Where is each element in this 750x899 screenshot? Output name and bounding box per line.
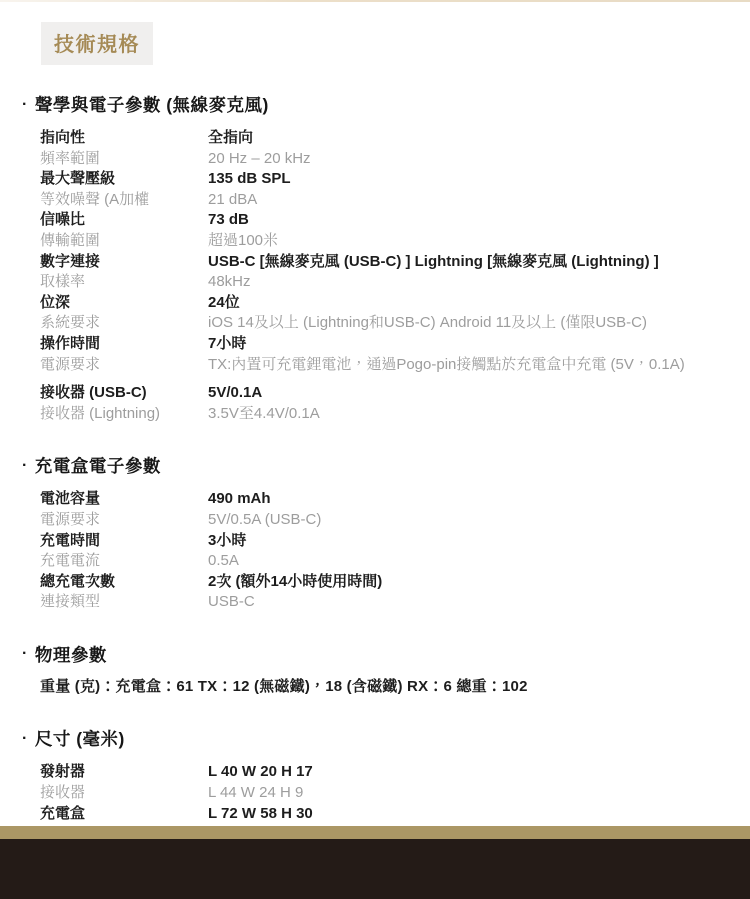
spec-label: 充電盒 (40, 804, 208, 825)
spec-content: 技術規格 ·聲學與電子參數 (無線麥克風)指向性全指向頻率範圍20 Hz – 2… (0, 2, 750, 824)
section: ·尺寸 (毫米)發射器L 40 W 20 H 17接收器L 44 W 24 H … (22, 726, 722, 824)
spec-row: 連接類型USB-C (40, 592, 722, 613)
section-heading: ·物理參數 (22, 642, 722, 667)
spec-row: 電池容量490 mAh (40, 489, 722, 510)
page-title: 技術規格 (41, 22, 153, 65)
spec-row: 位深24位 (40, 293, 722, 314)
spec-table: 指向性全指向頻率範圍20 Hz – 20 kHz最大聲壓級135 dB SPL等… (40, 128, 722, 375)
spec-table: 接收器 (USB-C)5V/0.1A接收器 (Lightning)3.5V至4.… (40, 383, 722, 424)
spec-value: 24位 (208, 293, 722, 314)
spec-row: 電源要求TX:內置可充電鋰電池，通過Pogo-pin接觸點於充電盒中充電 (5V… (40, 355, 722, 376)
spec-row: 充電電流0.5A (40, 551, 722, 572)
bullet-icon: · (22, 646, 28, 662)
spec-value: 135 dB SPL (208, 169, 722, 190)
spec-label: 信噪比 (40, 210, 208, 231)
spec-label: 數字連接 (40, 252, 208, 273)
spec-label: 充電時間 (40, 531, 208, 552)
spec-row: 傳輸範圍超過100米 (40, 231, 722, 252)
spec-label: 連接類型 (40, 592, 208, 613)
section-heading: ·聲學與電子參數 (無線麥克風) (22, 92, 722, 117)
bottom-gold-bar (0, 826, 750, 839)
spec-label: 傳輸範圍 (40, 231, 208, 252)
section: ·物理參數重量 (克)：充電盒：61 TX：12 (無磁鐵)，18 (含磁鐵) … (22, 642, 722, 698)
spec-page: 技術規格 ·聲學與電子參數 (無線麥克風)指向性全指向頻率範圍20 Hz – 2… (0, 0, 750, 899)
spec-table: 電池容量490 mAh電源要求5V/0.5A (USB-C)充電時間3小時充電電… (40, 489, 722, 613)
spec-label: 位深 (40, 293, 208, 314)
spec-row: 頻率範圍20 Hz – 20 kHz (40, 149, 722, 170)
section-heading-label: 聲學與電子參數 (無線麥克風) (35, 92, 269, 117)
spec-row: 數字連接USB-C [無線麥克風 (USB-C) ] Lightning [無線… (40, 252, 722, 273)
spec-row: 系統要求iOS 14及以上 (Lightning和USB-C) Android … (40, 313, 722, 334)
section: ·聲學與電子參數 (無線麥克風)指向性全指向頻率範圍20 Hz – 20 kHz… (22, 92, 722, 424)
spec-value: 21 dBA (208, 190, 722, 211)
sections: ·聲學與電子參數 (無線麥克風)指向性全指向頻率範圍20 Hz – 20 kHz… (22, 92, 722, 824)
spec-row: 接收器 (Lightning)3.5V至4.4V/0.1A (40, 404, 722, 425)
spec-value: USB-C (208, 592, 722, 613)
spec-label: 取樣率 (40, 272, 208, 293)
spec-row: 等效噪聲 (A加權21 dBA (40, 190, 722, 211)
spec-label: 接收器 (Lightning) (40, 404, 208, 425)
spec-value: 超過100米 (208, 231, 722, 252)
spec-value: 2次 (額外14小時使用時間) (208, 572, 722, 593)
spec-value: 20 Hz – 20 kHz (208, 149, 722, 170)
spec-label: 指向性 (40, 128, 208, 149)
spec-row: 接收器 (USB-C)5V/0.1A (40, 383, 722, 404)
spec-label: 系統要求 (40, 313, 208, 334)
spec-row: 指向性全指向 (40, 128, 722, 149)
bullet-icon: · (22, 458, 28, 474)
section-heading-label: 充電盒電子參數 (35, 453, 161, 478)
spec-value: TX:內置可充電鋰電池，通過Pogo-pin接觸點於充電盒中充電 (5V，0.1… (208, 355, 722, 376)
spec-value: 全指向 (208, 128, 722, 149)
spec-label: 接收器 (USB-C) (40, 383, 208, 404)
spec-value: 5V/0.1A (208, 383, 722, 404)
spec-label: 接收器 (40, 783, 208, 804)
spec-label: 電池容量 (40, 489, 208, 510)
spec-row: 發射器L 40 W 20 H 17 (40, 762, 722, 783)
spec-label: 最大聲壓級 (40, 169, 208, 190)
section-heading-label: 物理參數 (35, 642, 107, 667)
bullet-icon: · (22, 97, 28, 113)
section: ·充電盒電子參數電池容量490 mAh電源要求5V/0.5A (USB-C)充電… (22, 453, 722, 613)
spec-value: 0.5A (208, 551, 722, 572)
spec-label: 頻率範圍 (40, 149, 208, 170)
spec-table: 發射器L 40 W 20 H 17接收器L 44 W 24 H 9充電盒L 72… (40, 762, 722, 824)
section-note: 重量 (克)：充電盒：61 TX：12 (無磁鐵)，18 (含磁鐵) RX：6 … (40, 677, 722, 698)
spec-row: 取樣率48kHz (40, 272, 722, 293)
spec-label: 總充電次數 (40, 572, 208, 593)
section-heading-label: 尺寸 (毫米) (35, 726, 125, 751)
spec-label: 等效噪聲 (A加權 (40, 190, 208, 211)
spec-row: 最大聲壓級135 dB SPL (40, 169, 722, 190)
spec-value: USB-C [無線麥克風 (USB-C) ] Lightning [無線麥克風 … (208, 252, 722, 273)
spec-row: 接收器L 44 W 24 H 9 (40, 783, 722, 804)
spec-label: 電源要求 (40, 510, 208, 531)
spec-row: 總充電次數2次 (額外14小時使用時間) (40, 572, 722, 593)
spec-label: 操作時間 (40, 334, 208, 355)
spec-row: 充電盒L 72 W 58 H 30 (40, 804, 722, 825)
spec-value: L 72 W 58 H 30 (208, 804, 722, 825)
spec-row: 操作時間7小時 (40, 334, 722, 355)
spec-value: L 40 W 20 H 17 (208, 762, 722, 783)
spec-value: 73 dB (208, 210, 722, 231)
bottom-dark-bar (0, 839, 750, 899)
section-heading: ·尺寸 (毫米) (22, 726, 722, 751)
spec-label: 充電電流 (40, 551, 208, 572)
spec-row: 電源要求5V/0.5A (USB-C) (40, 510, 722, 531)
section-heading: ·充電盒電子參數 (22, 453, 722, 478)
spec-row: 充電時間3小時 (40, 531, 722, 552)
spec-label: 電源要求 (40, 355, 208, 376)
spec-value: 48kHz (208, 272, 722, 293)
spec-label: 發射器 (40, 762, 208, 783)
spec-value: L 44 W 24 H 9 (208, 783, 722, 804)
spec-value: 7小時 (208, 334, 722, 355)
spec-value: 3.5V至4.4V/0.1A (208, 404, 722, 425)
spec-value: 3小時 (208, 531, 722, 552)
bullet-icon: · (22, 731, 28, 747)
spec-row: 信噪比73 dB (40, 210, 722, 231)
spec-value: iOS 14及以上 (Lightning和USB-C) Android 11及以… (208, 313, 722, 334)
spec-value: 5V/0.5A (USB-C) (208, 510, 722, 531)
spec-value: 490 mAh (208, 489, 722, 510)
